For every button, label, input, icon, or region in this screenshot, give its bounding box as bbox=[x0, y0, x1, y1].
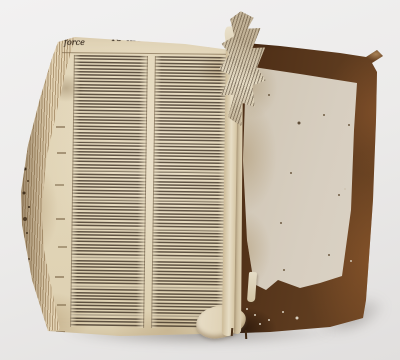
pastedown-speckles bbox=[268, 94, 270, 96]
text-column-left bbox=[70, 55, 147, 328]
edge-debris bbox=[22, 158, 24, 160]
leather-drip bbox=[245, 330, 247, 339]
text-column-right bbox=[151, 56, 228, 329]
running-head-title: To the Hebrews. bbox=[110, 33, 195, 44]
loose-paper-tail bbox=[247, 272, 257, 302]
fore-edge-page-stack bbox=[18, 30, 78, 342]
pastedown-wormhole bbox=[346, 268, 351, 275]
left-page: force To the Hebrews. of fai bbox=[18, 30, 242, 342]
text-columns bbox=[70, 55, 228, 329]
photo-antique-book: force To the Hebrews. of fai bbox=[0, 0, 400, 360]
margin-notes bbox=[56, 126, 65, 128]
running-head-right: of fai bbox=[204, 38, 225, 47]
leather-flecks bbox=[246, 308, 248, 310]
running-head-left: force bbox=[64, 38, 85, 47]
